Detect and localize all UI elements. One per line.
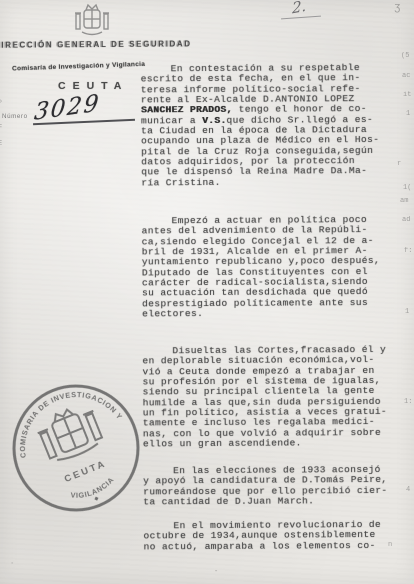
bleed-mark: 1: [405, 308, 409, 316]
paragraph: En las elecciones de 1933 aconsejóy apoy…: [143, 465, 405, 508]
typed-line: no actuó, amparaba a los elementos co-: [144, 540, 406, 552]
bleed-mark: ad: [402, 216, 410, 224]
bleed-mark: r: [397, 160, 401, 168]
bleed-mark: »: [0, 98, 2, 106]
typed-line: ellos un gran ascendiende.: [143, 438, 405, 450]
bleed-mark: ·: [10, 560, 14, 568]
bleed-mark: 1(: [403, 184, 411, 192]
bleed-mark: (5: [401, 52, 409, 60]
bleed-mark: F: [0, 124, 2, 132]
bleed-mark: f:: [404, 247, 412, 255]
bleed-mark: E: [0, 140, 2, 148]
bleed-mark: it: [403, 91, 411, 99]
bleed-mark: 1: [406, 110, 410, 118]
bleed-mark: 1:: [404, 398, 412, 406]
scanned-letter-page: DIRECCIÓN GENERAL DE SEGURIDAD Comisaría…: [0, 0, 414, 584]
bleed-mark: ac: [402, 72, 410, 80]
typed-line: ta cantidad de D.Juan March.: [143, 496, 405, 508]
paragraph: En el movimiento revolucionario deoctubr…: [143, 520, 405, 553]
typed-line: ría Cristina.: [141, 177, 403, 189]
stamp-center-text: CEUTA: [63, 458, 108, 485]
bleed-mark: am: [400, 197, 408, 205]
bleed-mark: -: [214, 568, 218, 576]
paragraph: Empezó a actuar en política pocoantes de…: [142, 215, 405, 320]
bleed-mark: 4: [406, 486, 410, 494]
bleed-mark: n: [388, 541, 392, 549]
paragraph: Disueltas las Cortes,fracasado él yen de…: [142, 345, 405, 450]
stamp-separator-icon: ◆: [94, 495, 101, 502]
paragraph: En contestación a su respetableescrito d…: [141, 63, 404, 189]
typed-line: electores.: [142, 308, 404, 320]
bleed-mark: ʒ: [394, 2, 401, 14]
